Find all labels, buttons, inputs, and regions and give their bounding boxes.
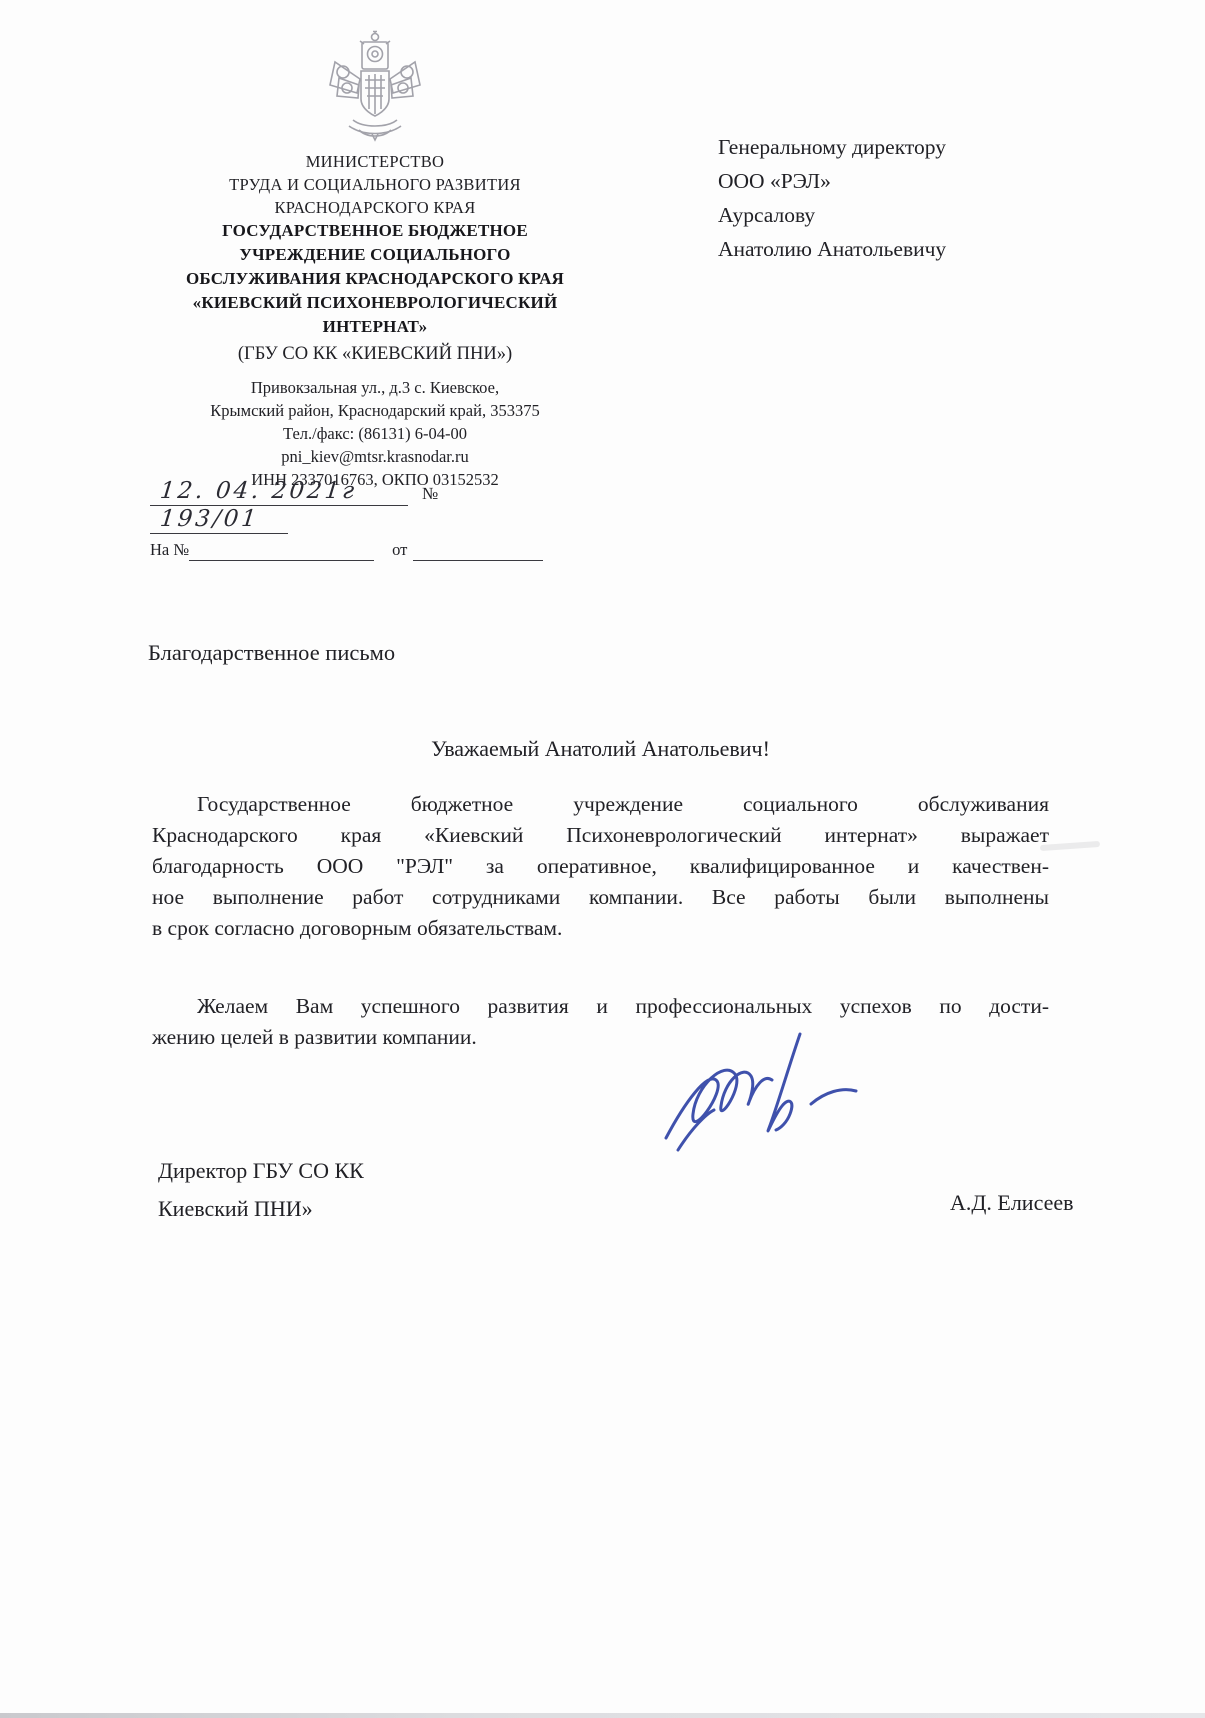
letterhead-line: «КИЕВСКИЙ ПСИХОНЕВРОЛОГИЧЕСКИЙ: [140, 291, 610, 315]
number-underline: 193/01: [150, 506, 288, 534]
organization-name: ГОСУДАРСТВЕННОЕ БЮДЖЕТНОЕ УЧРЕЖДЕНИЕ СОЦ…: [140, 219, 610, 339]
signer-position-line: Директор ГБУ СО КК: [158, 1152, 364, 1190]
letterhead: МИНИСТЕРСТВО ТРУДА И СОЦИАЛЬНОГО РАЗВИТИ…: [140, 30, 610, 491]
document-title: Благодарственное письмо: [148, 640, 395, 666]
letterhead-line: КРАСНОДАРСКОГО КРАЯ: [140, 196, 610, 219]
reference-row: На №от: [150, 540, 580, 570]
letterhead-line: ИНТЕРНАТ»: [140, 315, 610, 339]
body-line: ное выполнение работ сотрудниками компан…: [152, 882, 1049, 913]
letterhead-line: МИНИСТЕРСТВО: [140, 150, 610, 173]
letterhead-line: ТРУДА И СОЦИАЛЬНОГО РАЗВИТИЯ: [140, 173, 610, 196]
address-line: Тел./факс: (86131) 6-04-00: [140, 422, 610, 445]
scanned-letter-page: МИНИСТЕРСТВО ТРУДА И СОЦИАЛЬНОГО РАЗВИТИ…: [0, 0, 1205, 1718]
letterhead-line: УЧРЕЖДЕНИЕ СОЦИАЛЬНОГО: [140, 243, 610, 267]
outgoing-date-handwritten: 12. 04. 2021г: [149, 478, 363, 505]
email-line: pni_kiev@mtsr.krasnodar.ru: [140, 445, 610, 468]
signer-position-line: Киевский ПНИ»: [158, 1190, 364, 1228]
salutation: Уважаемый Анатолий Анатольевич!: [152, 736, 1049, 762]
body-line: благодарность ООО "РЭЛ" за оперативное, …: [152, 851, 1049, 882]
ref-number-label: На №: [150, 540, 189, 561]
body-line: Государственное бюджетное учреждение соц…: [152, 789, 1049, 820]
body-line: Краснодарского края «Киевский Психоневро…: [152, 820, 1049, 851]
body-line: Желаем Вам успешного развития и професси…: [152, 991, 1049, 1022]
ministry-name: МИНИСТЕРСТВО ТРУДА И СОЦИАЛЬНОГО РАЗВИТИ…: [140, 150, 610, 219]
date-underline: 12. 04. 2021г: [150, 478, 408, 506]
scan-bottom-edge: [0, 1713, 1205, 1718]
address-line: Крымский район, Краснодарский край, 3533…: [140, 399, 610, 422]
paragraph-2: Желаем Вам успешного развития и професси…: [152, 991, 1049, 1053]
body-line: жению целей в развитии компании.: [152, 1022, 1049, 1053]
outgoing-number-handwritten: 193/01: [149, 506, 265, 533]
addressee-line: Анатолию Анатольевичу: [718, 232, 1118, 266]
addressee-line: Генеральному директору: [718, 130, 1118, 164]
ref-number-underline: [189, 560, 374, 561]
letter-body: Государственное бюджетное учреждение соц…: [152, 789, 1049, 1053]
signer-position: Директор ГБУ СО КК Киевский ПНИ»: [158, 1152, 364, 1228]
letterhead-line: ОБСЛУЖИВАНИЯ КРАСНОДАРСКОГО КРАЯ: [140, 267, 610, 291]
ref-date-underline: [413, 560, 543, 561]
outgoing-date-number-row: 12. 04. 2021г№193/01: [150, 478, 580, 522]
address-line: Привокзальная ул., д.3 с. Киевское,: [140, 376, 610, 399]
organization-short-name: (ГБУ СО КК «КИЕВСКИЙ ПНИ»): [140, 341, 610, 367]
addressee-line: Аурсалову: [718, 198, 1118, 232]
addressee-block: Генеральному директору ООО «РЭЛ» Аурсало…: [718, 130, 1118, 266]
addressee-line: ООО «РЭЛ»: [718, 164, 1118, 198]
signature-autograph: [648, 1018, 863, 1168]
number-label: №: [422, 484, 438, 506]
organization-address: Привокзальная ул., д.3 с. Киевское, Крым…: [140, 376, 610, 491]
paragraph-1: Государственное бюджетное учреждение соц…: [152, 789, 1049, 944]
signer-name: А.Д. Елисеев: [950, 1190, 1074, 1216]
body-line: в срок согласно договорным обязательства…: [152, 913, 1049, 944]
letterhead-line: ГОСУДАРСТВЕННОЕ БЮДЖЕТНОЕ: [140, 219, 610, 243]
ref-from-label: от: [392, 540, 407, 561]
coat-of-arms-icon: [315, 30, 435, 142]
